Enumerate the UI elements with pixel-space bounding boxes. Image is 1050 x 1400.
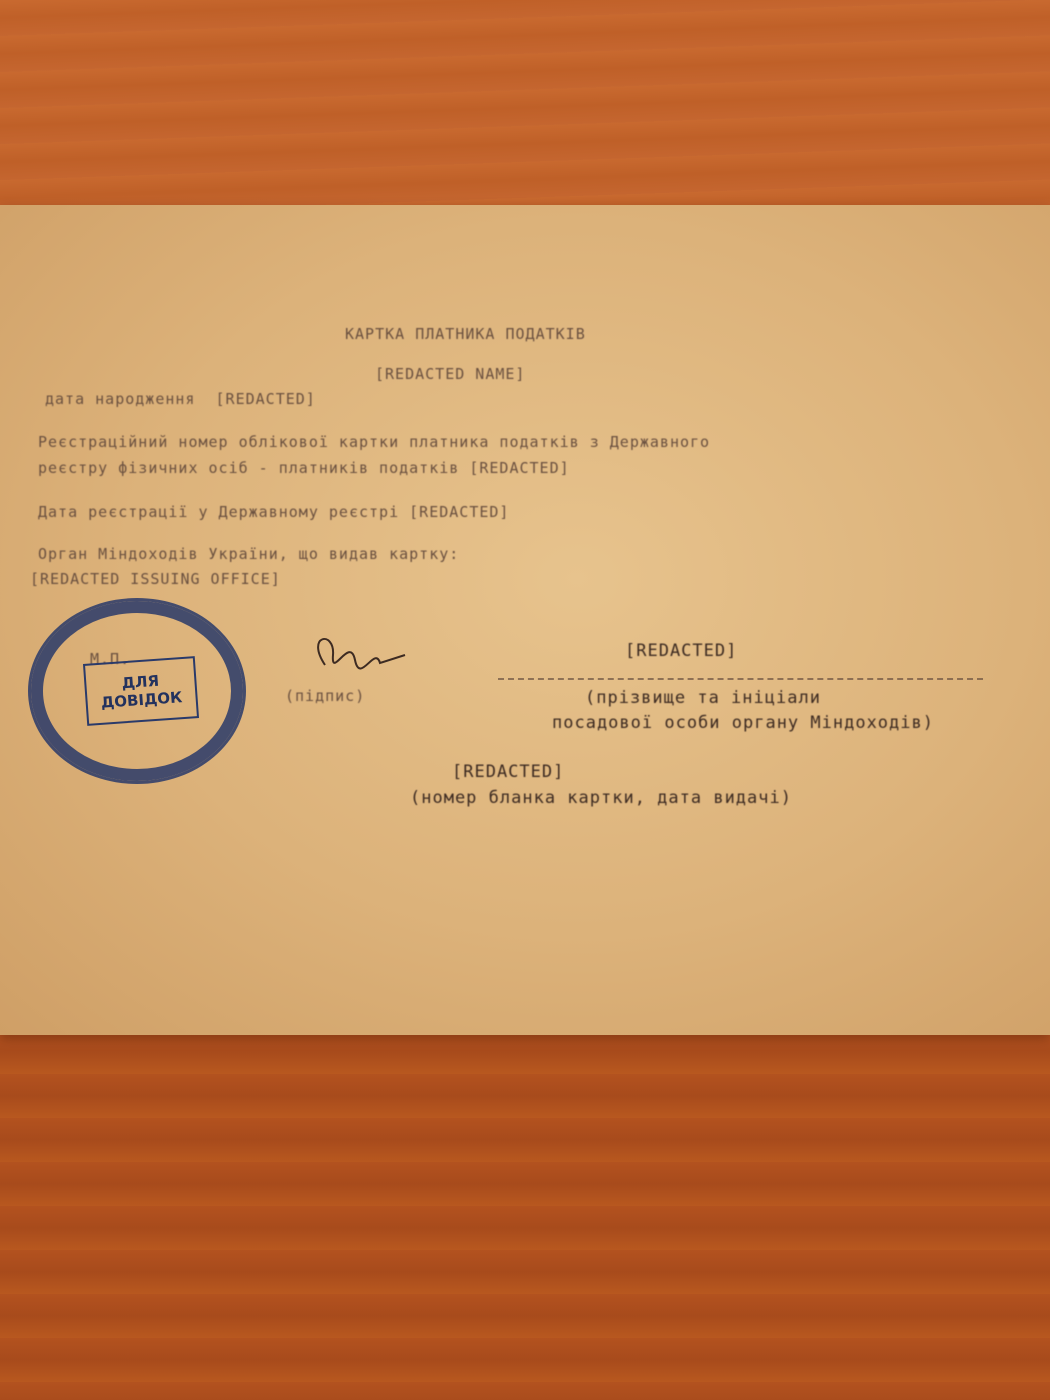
issuing-organ-value: [REDACTED ISSUING OFFICE] xyxy=(30,570,281,588)
holder-name: [REDACTED NAME] xyxy=(375,365,525,383)
signature-label: (підпис) xyxy=(285,687,365,705)
officer-caption-2: посадової особи органу Міндоходів) xyxy=(552,713,934,733)
wooden-surface-bottom xyxy=(0,1030,1050,1400)
date-of-birth: дата народження [REDACTED] xyxy=(45,390,316,408)
registration-text-line-1: Реєстраційний номер облікової картки пла… xyxy=(38,433,710,451)
taxpayer-card: КАРТКА ПЛАТНИКА ПОДАТКІВ [REDACTED NAME]… xyxy=(0,205,1050,1035)
registration-date-label: Дата реєстрації у Державному реєстрі xyxy=(38,503,399,521)
registration-label: реєстру фізичних осіб - платників податк… xyxy=(38,459,459,477)
registration-text-line-2: реєстру фізичних осіб - платників податк… xyxy=(38,459,570,477)
blank-caption: (номер бланка картки, дата видачі) xyxy=(410,788,792,808)
signature-icon xyxy=(295,625,415,685)
card-title: КАРТКА ПЛАТНИКА ПОДАТКІВ xyxy=(345,325,586,343)
officer-name-underline xyxy=(498,678,983,680)
stamp-center-text: ДЛЯ ДОВІДОК xyxy=(83,656,199,726)
dob-label: дата народження xyxy=(45,390,195,408)
officer-caption-1: (прізвище та ініціали xyxy=(585,688,821,708)
issuing-organ-label: Орган Міндоходів України, що видав картк… xyxy=(38,545,459,563)
officer-name: [REDACTED] xyxy=(625,641,737,661)
blank-number-and-date: [REDACTED] xyxy=(452,762,564,782)
wooden-surface-top xyxy=(0,0,1050,215)
dob-value: [REDACTED] xyxy=(216,390,316,408)
registration-date: Дата реєстрації у Державному реєстрі [RE… xyxy=(38,503,509,521)
registration-number: [REDACTED] xyxy=(469,459,569,477)
registration-date-value: [REDACTED] xyxy=(409,503,509,521)
